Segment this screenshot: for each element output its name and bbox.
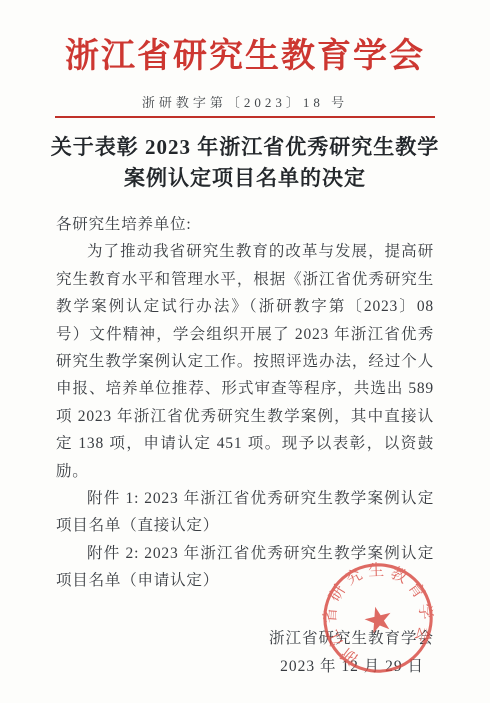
issuing-org-header: 浙江省研究生教育学会 <box>0 0 490 80</box>
document-title-line-2: 案例认定项目名单的决定 <box>0 163 490 194</box>
document-page: 浙江省研究生教育学会 浙研教字第〔2023〕18 号 关于表彰 2023 年浙江… <box>0 0 490 703</box>
document-body: 各研究生培养单位: 为了推动我省研究生教育的改革与发展，提高研究生教育水平和管理… <box>56 211 434 595</box>
red-divider-rule <box>55 116 435 118</box>
main-paragraph: 为了推动我省研究生教育的改革与发展，提高研究生教育水平和管理水平，根据《浙江省优… <box>56 238 434 485</box>
attachment-1: 附件 1: 2023 年浙江省优秀研究生教学案例认定项目名单（直接认定） <box>56 485 434 540</box>
signature-date: 2023 年 12 月 29 日 <box>56 653 434 681</box>
signature-org: 浙江省研究生教育学会 <box>56 625 434 653</box>
salutation: 各研究生培养单位: <box>56 211 434 238</box>
document-number: 浙研教字第〔2023〕18 号 <box>0 92 490 111</box>
attachment-2: 附件 2: 2023 年浙江省优秀研究生教学案例认定项目名单（申请认定） <box>56 540 434 595</box>
document-title: 关于表彰 2023 年浙江省优秀研究生教学 案例认定项目名单的决定 <box>0 132 490 194</box>
document-title-line-1: 关于表彰 2023 年浙江省优秀研究生教学 <box>0 132 490 163</box>
signature-block: 浙江省研究生教育学会 2023 年 12 月 29 日 <box>56 625 434 681</box>
